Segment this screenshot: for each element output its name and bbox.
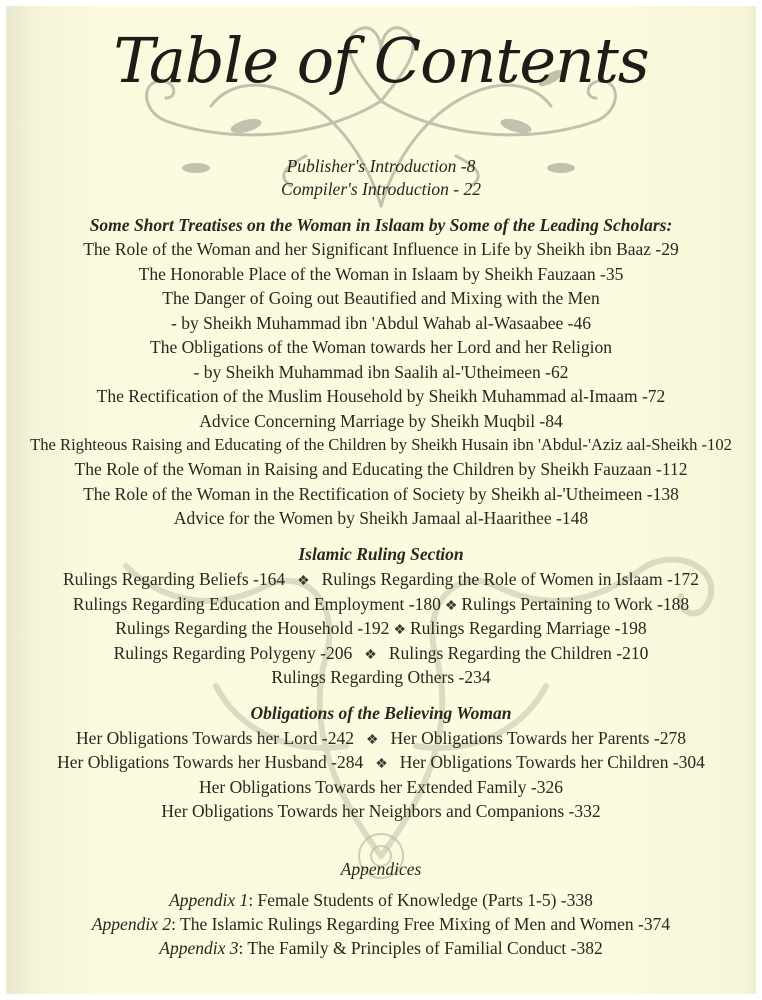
toc-entry[interactable]: Her Obligations Towards her Lord -242 <box>76 728 354 748</box>
toc-entry[interactable]: The Obligations of the Woman towards her… <box>6 336 756 358</box>
toc-entry[interactable]: Rulings Pertaining to Work -188 <box>461 594 689 614</box>
diamond-separator-icon: ❖ <box>445 596 458 618</box>
toc-entry[interactable]: Rulings Regarding Marriage -198 <box>410 618 647 638</box>
appendix-text: : The Islamic Rulings Regarding Free Mix… <box>171 914 670 934</box>
toc-entry[interactable]: The Role of the Woman in the Rectificati… <box>6 483 756 505</box>
toc-entry[interactable]: Her Obligations Towards her Neighbors an… <box>6 800 756 822</box>
toc-entry[interactable]: The Honorable Place of the Woman in Isla… <box>6 263 756 285</box>
toc-row: Rulings Regarding the Household -192❖Rul… <box>6 617 756 642</box>
toc-entry[interactable]: Advice for the Women by Sheikh Jamaal al… <box>6 507 756 529</box>
toc-entry[interactable]: Rulings Regarding the Children -210 <box>389 643 649 663</box>
toc-entry[interactable]: The Role of the Woman in Raising and Edu… <box>6 458 756 480</box>
toc-entry[interactable]: Rulings Regarding Education and Employme… <box>73 594 441 614</box>
toc-row: Rulings Regarding Beliefs -164❖Rulings R… <box>6 568 756 593</box>
diamond-separator-icon: ❖ <box>364 645 377 667</box>
toc-entry-compilers-introduction[interactable]: Compiler's Introduction - 22 <box>6 178 756 200</box>
toc-entry[interactable]: Her Obligations Towards her Children -30… <box>400 752 705 772</box>
diamond-separator-icon: ❖ <box>393 620 406 642</box>
toc-entry[interactable]: Rulings Regarding the Household -192 <box>115 618 389 638</box>
toc-entry[interactable]: Rulings Regarding Beliefs -164 <box>63 569 285 589</box>
toc-entry[interactable]: Rulings Regarding Others -234 <box>6 666 756 688</box>
page-title: Table of Contents <box>6 24 756 97</box>
toc-entry-appendix-3[interactable]: Appendix 3: The Family & Principles of F… <box>6 937 756 959</box>
appendix-label: Appendix 2 <box>92 914 171 934</box>
diamond-separator-icon: ❖ <box>366 730 379 752</box>
toc-entry-appendix-1[interactable]: Appendix 1: Female Students of Knowledge… <box>6 889 756 911</box>
book-page: Table of Contents Publisher's Introducti… <box>6 6 756 994</box>
toc-entry[interactable]: Advice Concerning Marriage by Sheikh Muq… <box>6 410 756 432</box>
toc-entry[interactable]: The Danger of Going out Beautified and M… <box>6 287 756 309</box>
toc-row: Her Obligations Towards her Husband -284… <box>6 751 756 776</box>
diamond-separator-icon: ❖ <box>297 571 310 593</box>
toc-row: Rulings Regarding Education and Employme… <box>6 593 756 618</box>
toc-row: Her Obligations Towards her Lord -242❖He… <box>6 727 756 752</box>
section-heading-islamic-ruling: Islamic Ruling Section <box>6 543 756 565</box>
appendix-label: Appendix 3 <box>159 938 238 958</box>
section-heading-short-treatises: Some Short Treatises on the Woman in Isl… <box>6 214 756 236</box>
appendix-label: Appendix 1 <box>169 890 248 910</box>
appendix-text: : The Family & Principles of Familial Co… <box>238 938 602 958</box>
toc-entry[interactable]: - by Sheikh Muhammad ibn 'Abdul Wahab al… <box>6 312 756 334</box>
toc-entry-appendix-2[interactable]: Appendix 2: The Islamic Rulings Regardin… <box>6 913 756 935</box>
toc-entry[interactable]: The Rectification of the Muslim Househol… <box>6 385 756 407</box>
section-heading-appendices: Appendices <box>6 858 756 880</box>
section-heading-obligations: Obligations of the Believing Woman <box>6 702 756 724</box>
diamond-separator-icon: ❖ <box>375 754 388 776</box>
toc-entry[interactable]: Rulings Regarding Polygeny -206 <box>114 643 353 663</box>
toc-entry[interactable]: Rulings Regarding the Role of Women in I… <box>322 569 699 589</box>
appendix-text: : Female Students of Knowledge (Parts 1-… <box>248 890 593 910</box>
toc-entry[interactable]: The Role of the Woman and her Significan… <box>6 238 756 260</box>
toc-entry[interactable]: The Righteous Raising and Educating of t… <box>6 434 756 456</box>
toc-entry-publishers-introduction[interactable]: Publisher's Introduction -8 <box>6 155 756 177</box>
toc-entry[interactable]: Her Obligations Towards her Husband -284 <box>57 752 363 772</box>
toc-entry[interactable]: - by Sheikh Muhammad ibn Saalih al-'Uthe… <box>6 361 756 383</box>
toc-entry[interactable]: Her Obligations Towards her Extended Fam… <box>6 776 756 798</box>
toc-entry[interactable]: Her Obligations Towards her Parents -278 <box>391 728 686 748</box>
toc-row: Rulings Regarding Polygeny -206❖Rulings … <box>6 642 756 667</box>
